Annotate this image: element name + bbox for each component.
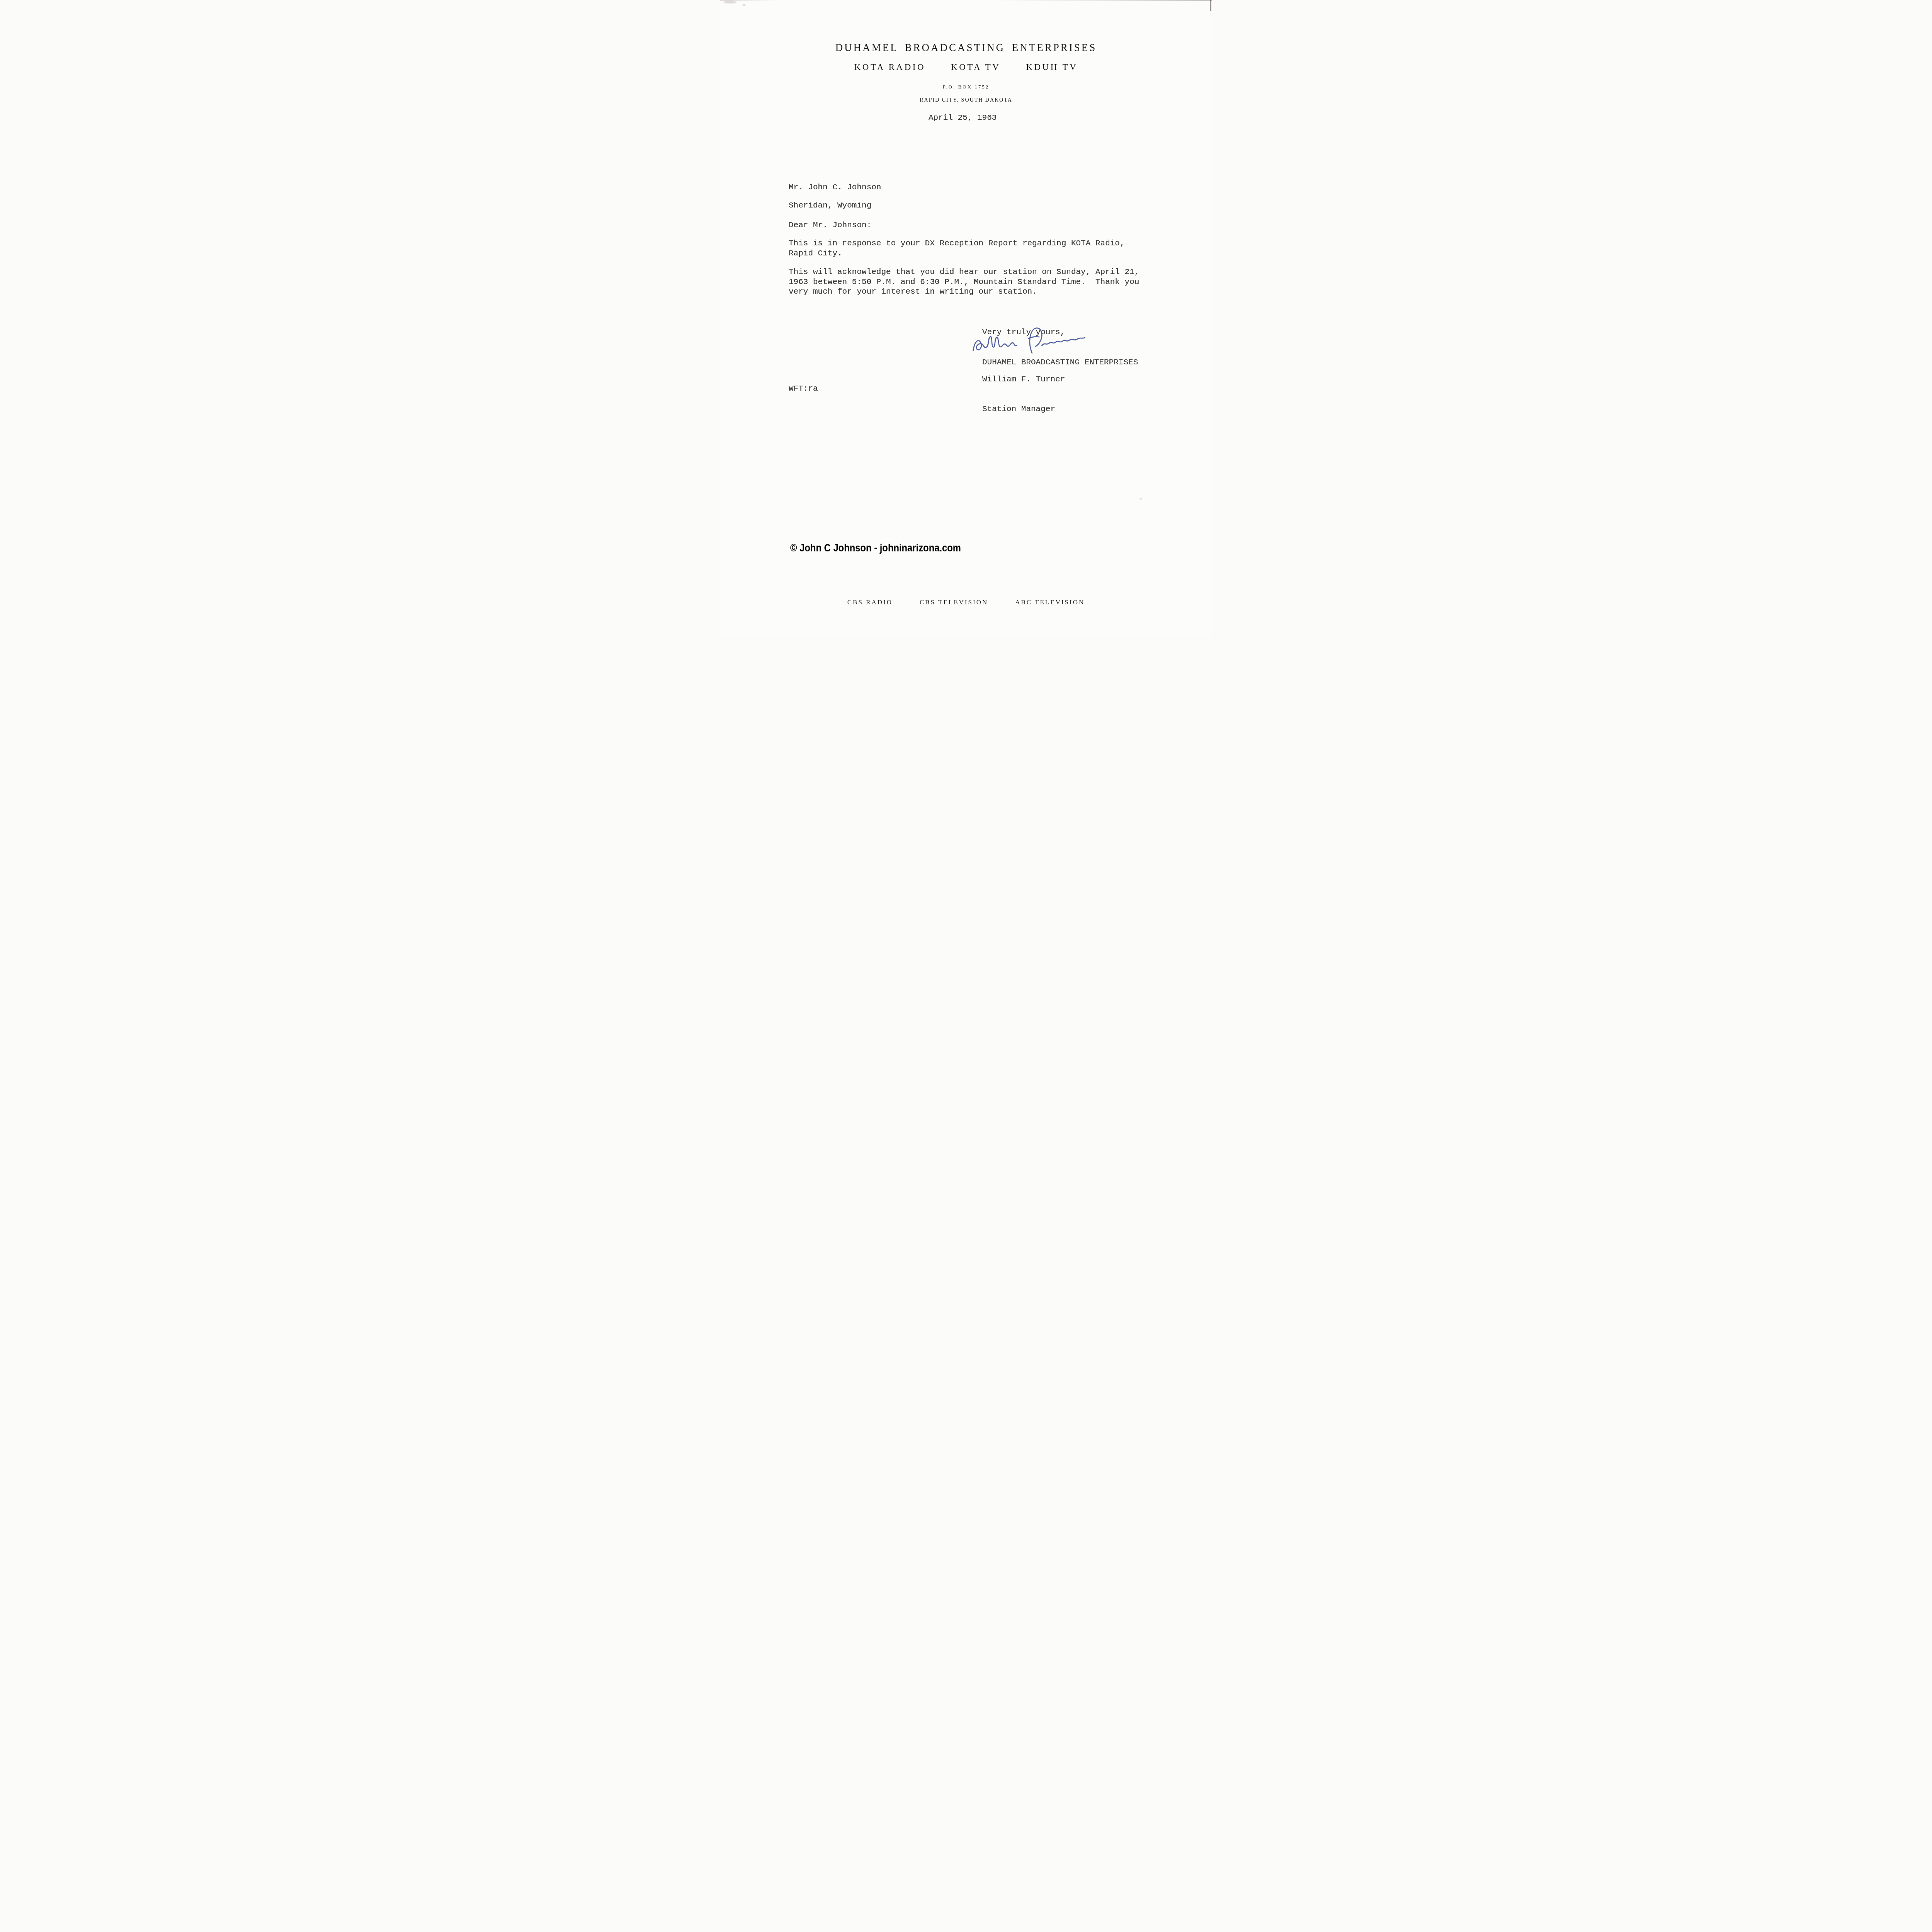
scanned-letter-page: DUHAMEL BROADCASTING ENTERPRISES KOTA RA… (720, 0, 1212, 637)
body-paragraph-1: This is in response to your DX Reception… (789, 239, 1125, 259)
scan-artifact-top-edge (720, 0, 1212, 1)
affiliation-cbs-television: CBS TELEVISION (920, 599, 988, 606)
signer-title: Station Manager (982, 405, 1065, 415)
affiliation-abc-television: ABC TELEVISION (1015, 599, 1085, 606)
footer-network-affiliations: CBS RADIO CBS TELEVISION ABC TELEVISION (720, 599, 1212, 606)
station-kota-tv: KOTA TV (951, 62, 1000, 72)
affiliation-cbs-radio: CBS RADIO (847, 599, 893, 606)
letterhead-po-box: P.O. BOX 1752 (720, 84, 1212, 90)
typist-initials: WFT:ra (789, 384, 818, 394)
body-paragraph-2: This will acknowledge that you did hear … (789, 267, 1139, 297)
scan-artifact-right-tick (1210, 0, 1211, 11)
scan-artifact-speck (742, 4, 746, 6)
copyright-watermark: © John C Johnson - johninarizona.com (790, 542, 961, 554)
signer-name: William F. Turner (982, 375, 1065, 385)
letterhead-city-line: RAPID CITY, SOUTH DAKOTA (720, 97, 1212, 104)
signer-block: William F. Turner Station Manager (982, 355, 1065, 434)
scan-artifact-dot (1139, 498, 1142, 500)
letter-date: April 25, 1963 (929, 113, 997, 123)
recipient-city: Sheridan, Wyoming (789, 201, 871, 211)
scan-artifact-smudge (723, 1, 736, 3)
recipient-name: Mr. John C. Johnson (789, 183, 881, 193)
station-kota-radio: KOTA RADIO (854, 62, 925, 72)
station-kduh-tv: KDUH TV (1026, 62, 1078, 72)
salutation: Dear Mr. Johnson: (789, 221, 871, 231)
letterhead-stations: KOTA RADIO KOTA TV KDUH TV (720, 62, 1212, 72)
letterhead-company-name: DUHAMEL BROADCASTING ENTERPRISES (720, 42, 1212, 54)
